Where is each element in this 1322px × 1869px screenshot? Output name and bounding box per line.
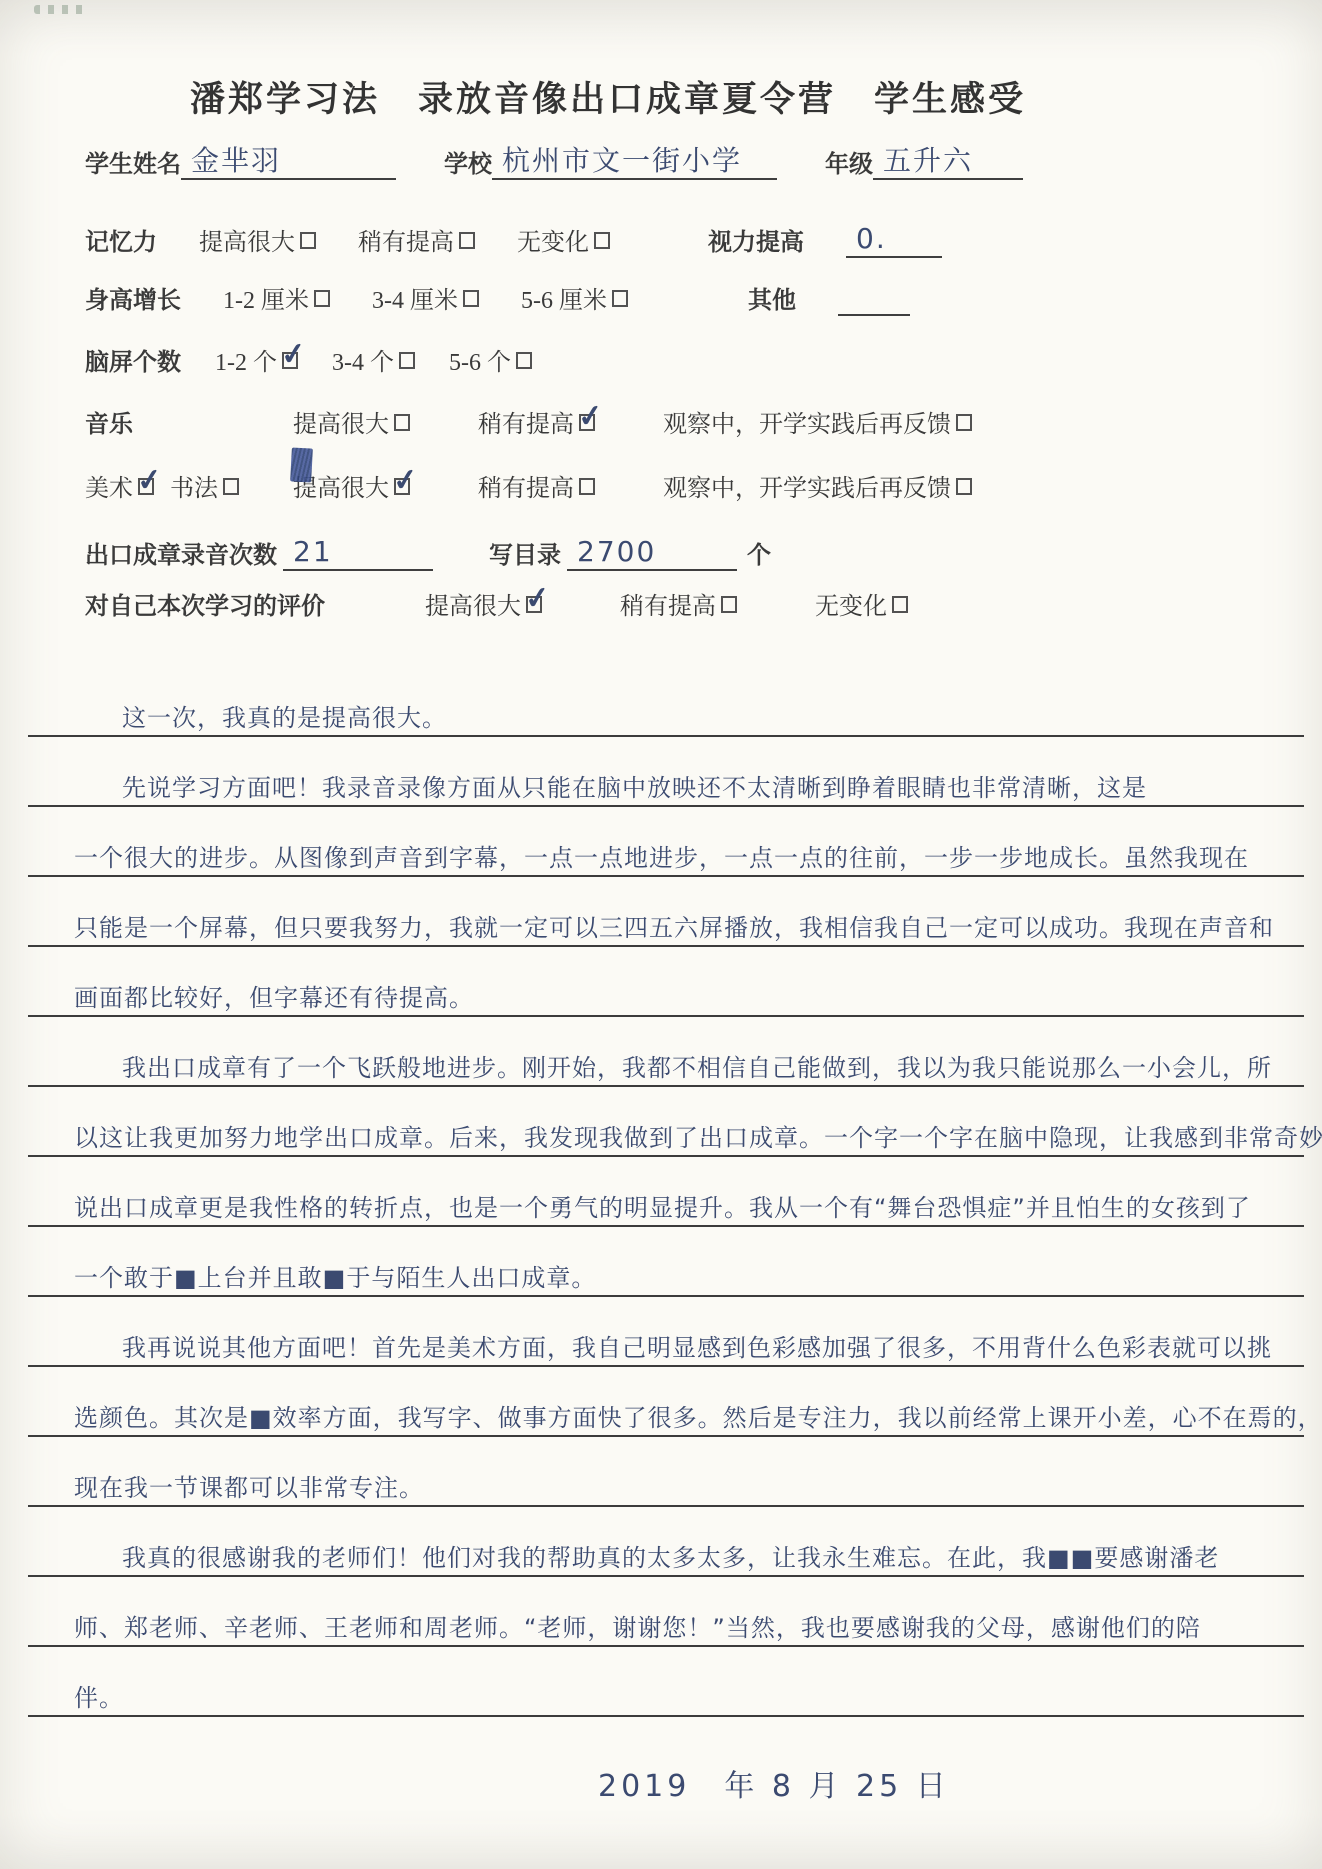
checkbox-icon: ✓ [282,352,298,369]
form-option: 5-6 厘米 [521,286,628,316]
form-row-art: 美术✓书法提高很大✓稍有提高观察中，开学实践后再反馈 [85,474,1282,504]
form-option: 提高很大✓ [425,592,542,622]
essay-text: 我真的很感谢我的老师们！他们对我的帮助真的太多太多，让我永生难忘。在此，我■■要… [122,1545,1219,1571]
checkbox-icon: ✓ [394,478,410,495]
checkbox-icon [956,478,972,495]
checkbox-icon: ✓ [579,414,595,431]
form-option: 1-2 个✓ [215,348,298,378]
option-label: 观察中，开学实践后再反馈 [663,412,951,438]
form-option: 5-6 个 [449,348,532,378]
checkbox-icon [516,352,532,369]
fill-line: 2700 [567,537,737,571]
fill-line: 21 [283,537,433,571]
form-row-music: 音乐提高很大稍有提高✓观察中，开学实践后再反馈 [85,410,1282,440]
checkbox-icon [399,352,415,369]
essay-text: 以这让我更加努力地学出口成章。后来，我发现我做到了出口成章。一个字一个字在脑中隐… [74,1125,1322,1151]
option-label: 提高很大 [199,230,295,256]
segment-label: 写目录 [489,541,561,571]
fill-line: 0. [846,224,942,258]
form-option: 3-4 厘米 [372,286,479,316]
checkbox-icon [956,414,972,431]
essay-text: 只能是一个屏幕，但只要我努力，我就一定可以三四五六屏播放，我相信我自己一定可以成… [74,915,1274,941]
row-label: 音乐 [85,410,293,440]
essay-line: 这一次，我真的是提高很大。 [28,667,1304,737]
checkbox-icon: ✓ [526,596,542,613]
form-option: 稍有提高 [620,592,737,622]
grade-value: 五升六 [883,146,973,177]
check-mark-icon: ✓ [576,397,605,437]
checkbox-icon [459,232,475,249]
option-label: 无变化 [517,230,589,256]
checkbox-icon [579,478,595,495]
option-label: 稍有提高 [478,412,574,438]
essay-line: 我真的很感谢我的老师们！他们对我的帮助真的太多太多，让我永生难忘。在此，我■■要… [28,1507,1304,1577]
handwritten-value: 21 [293,537,333,568]
essay-text: 现在我一节课都可以非常专注。 [74,1475,424,1501]
school-field: 杭州市文一街小学 [492,146,777,180]
form-option: 无变化 [517,228,610,258]
essay-text: 师、郑老师、辛老师、王老师和周老师。“老师，谢谢您！”当然，我也要感谢我的父母，… [74,1615,1201,1641]
suffix-label: 视力提高 [708,228,804,258]
checkbox-icon [300,232,316,249]
form-option: 1-2 厘米 [223,286,330,316]
checkbox-icon [612,290,628,307]
option-label: 5-6 厘米 [521,288,607,314]
essay-text: 我出口成章有了一个飞跃般地进步。刚开始，我都不相信自己能做到，我以为我只能说那么… [122,1055,1272,1081]
essay-line: 说出口成章更是我性格的转折点，也是一个勇气的明显提升。我从一个有“舞台恐惧症”并… [28,1157,1304,1227]
form-row-height: 身高增长1-2 厘米3-4 厘米5-6 厘米其他 [85,284,1282,316]
check-mark-icon: ✓ [523,579,552,619]
option-label: 无变化 [815,594,887,620]
form-row-selfeval: 对自己本次学习的评价提高很大✓稍有提高无变化 [85,592,1282,622]
essay-line: 一个很大的进步。从图像到声音到字幕，一点一点地进步，一点一点的往前，一步一步地成… [28,807,1304,877]
essay-text: 说出口成章更是我性格的转折点，也是一个勇气的明显提升。我从一个有“舞台恐惧症”并… [74,1195,1251,1221]
option-label: 3-4 个 [332,350,394,376]
option-label: 稍有提高 [620,594,716,620]
grade-field: 五升六 [873,146,1023,180]
essay-line: 以这让我更加努力地学出口成章。后来，我发现我做到了出口成章。一个字一个字在脑中隐… [28,1087,1304,1157]
grade-label: 年级 [825,150,873,180]
student-name-label: 学生姓名 [85,150,181,180]
option-label: 稍有提高 [478,476,574,502]
checkbox-icon [314,290,330,307]
essay-line: 现在我一节课都可以非常专注。 [28,1437,1304,1507]
option-label: 1-2 厘米 [223,288,309,314]
row-label-options: 美术✓书法 [85,474,293,504]
suffix-label: 其他 [748,286,796,316]
form-row-memory: 记忆力提高很大稍有提高无变化视力提高0. [85,224,1282,258]
option-label: 提高很大 [293,412,389,438]
essay-line: 师、郑老师、辛老师、王老师和周老师。“老师，谢谢您！”当然，我也要感谢我的父母，… [28,1577,1304,1647]
essay-line: 我再说说其他方面吧！首先是美术方面，我自己明显感到色彩感加强了很多，不用背什么色… [28,1297,1304,1367]
form-option: 观察中，开学实践后再反馈 [663,474,972,504]
essay-text: 我再说说其他方面吧！首先是美术方面，我自己明显感到色彩感加强了很多，不用背什么色… [122,1335,1272,1361]
scan-artifact [34,5,86,14]
student-name-field: 金芈羽 [181,146,396,180]
checkbox-icon [463,290,479,307]
option-label: 观察中，开学实践后再反馈 [663,476,951,502]
check-mark-icon: ✓ [279,335,308,375]
essay-section: 这一次，我真的是提高很大。先说学习方面吧！我录音录像方面从只能在脑中放映还不太清… [28,667,1304,1717]
essay-line: 只能是一个屏幕，但只要我努力，我就一定可以三四五六屏播放，我相信我自己一定可以成… [28,877,1304,947]
option-label: 稍有提高 [358,230,454,256]
fill-line [838,284,910,316]
essay-line: 画面都比较好，但字幕还有待提高。 [28,947,1304,1017]
row-label: 脑屏个数 [85,348,181,378]
essay-line: 先说学习方面吧！我录音录像方面从只能在脑中放映还不太清晰到睁着眼睛也非常清晰，这… [28,737,1304,807]
essay-text: 这一次，我真的是提高很大。 [122,705,447,731]
form-option: 稍有提高✓ [478,410,595,440]
checkbox-icon [721,596,737,613]
essay-text: 先说学习方面吧！我录音录像方面从只能在脑中放映还不太清晰到睁着眼睛也非常清晰，这… [122,775,1147,801]
essay-line: 伴。 [28,1647,1304,1717]
check-mark-icon: ✓ [135,461,164,501]
essay-text: 选颜色。其次是■效率方面，我写字、做事方面快了很多。然后是专注力，我以前经常上课… [74,1405,1322,1431]
school-label: 学校 [444,150,492,180]
handwritten-value: 2700 [577,537,656,568]
option-label: 美术 [85,476,133,502]
checkbox-icon [223,478,239,495]
essay-line: 我出口成章有了一个飞跃般地进步。刚开始，我都不相信自己能做到，我以为我只能说那么… [28,1017,1304,1087]
essay-text: 画面都比较好，但字幕还有待提高。 [74,985,474,1011]
essay-text: 一个很大的进步。从图像到声音到字幕，一点一点地进步，一点一点的往前，一步一步地成… [74,845,1249,871]
essay-text: 伴。 [74,1685,124,1711]
form-option: 观察中，开学实践后再反馈 [663,410,972,440]
essay-line: 选颜色。其次是■效率方面，我写字、做事方面快了很多。然后是专注力，我以前经常上课… [28,1367,1304,1437]
row-label: 身高增长 [85,286,181,316]
checkbox-icon: ✓ [138,478,154,495]
handwritten-value: 0. [856,224,887,255]
row-label: 记忆力 [85,228,157,258]
segment-label: 出口成章录音次数 [85,541,277,571]
option-label: 1-2 个 [215,350,277,376]
scanned-form-page: 潘郑学习法 录放音像出口成章夏令营 学生感受 学生姓名 金芈羽 学校 杭州市文一… [0,0,1322,1869]
date-line: 2019 年 8 月 25 日 [598,1770,950,1803]
form-option: 书法 [170,474,239,504]
form-row-counts: 出口成章录音次数21写目录2700个 [85,537,1282,571]
form-option: 3-4 个 [332,348,415,378]
form-option: 提高很大 [199,228,316,258]
checkbox-icon [892,596,908,613]
unit-label: 个 [747,541,771,571]
form-option: 稍有提高 [358,228,475,258]
checkbox-icon [594,232,610,249]
student-name-value: 金芈羽 [191,146,281,177]
school-value: 杭州市文一街小学 [502,146,742,177]
option-label: 3-4 厘米 [372,288,458,314]
form-row-name: 学生姓名 金芈羽 学校 杭州市文一街小学 年级 五升六 [85,146,1282,180]
form-row-screens: 脑屏个数1-2 个✓3-4 个5-6 个 [85,348,1282,378]
form-option: 无变化 [815,592,908,622]
essay-text: 一个敢于■上台并且敢■于与陌生人出口成章。 [74,1265,596,1291]
form-option: 美术✓ [85,474,154,504]
form-title: 潘郑学习法 录放音像出口成章夏令营 学生感受 [190,72,1026,122]
option-label: 5-6 个 [449,350,511,376]
form-option: 提高很大 [293,410,410,440]
row-label: 对自己本次学习的评价 [85,592,325,622]
form-option: 稍有提高 [478,474,595,504]
essay-line: 一个敢于■上台并且敢■于与陌生人出口成章。 [28,1227,1304,1297]
ink-blot [290,447,313,482]
check-mark-icon: ✓ [391,461,420,501]
checkbox-icon [394,414,410,431]
option-label: 提高很大 [425,594,521,620]
option-label: 书法 [170,476,218,502]
